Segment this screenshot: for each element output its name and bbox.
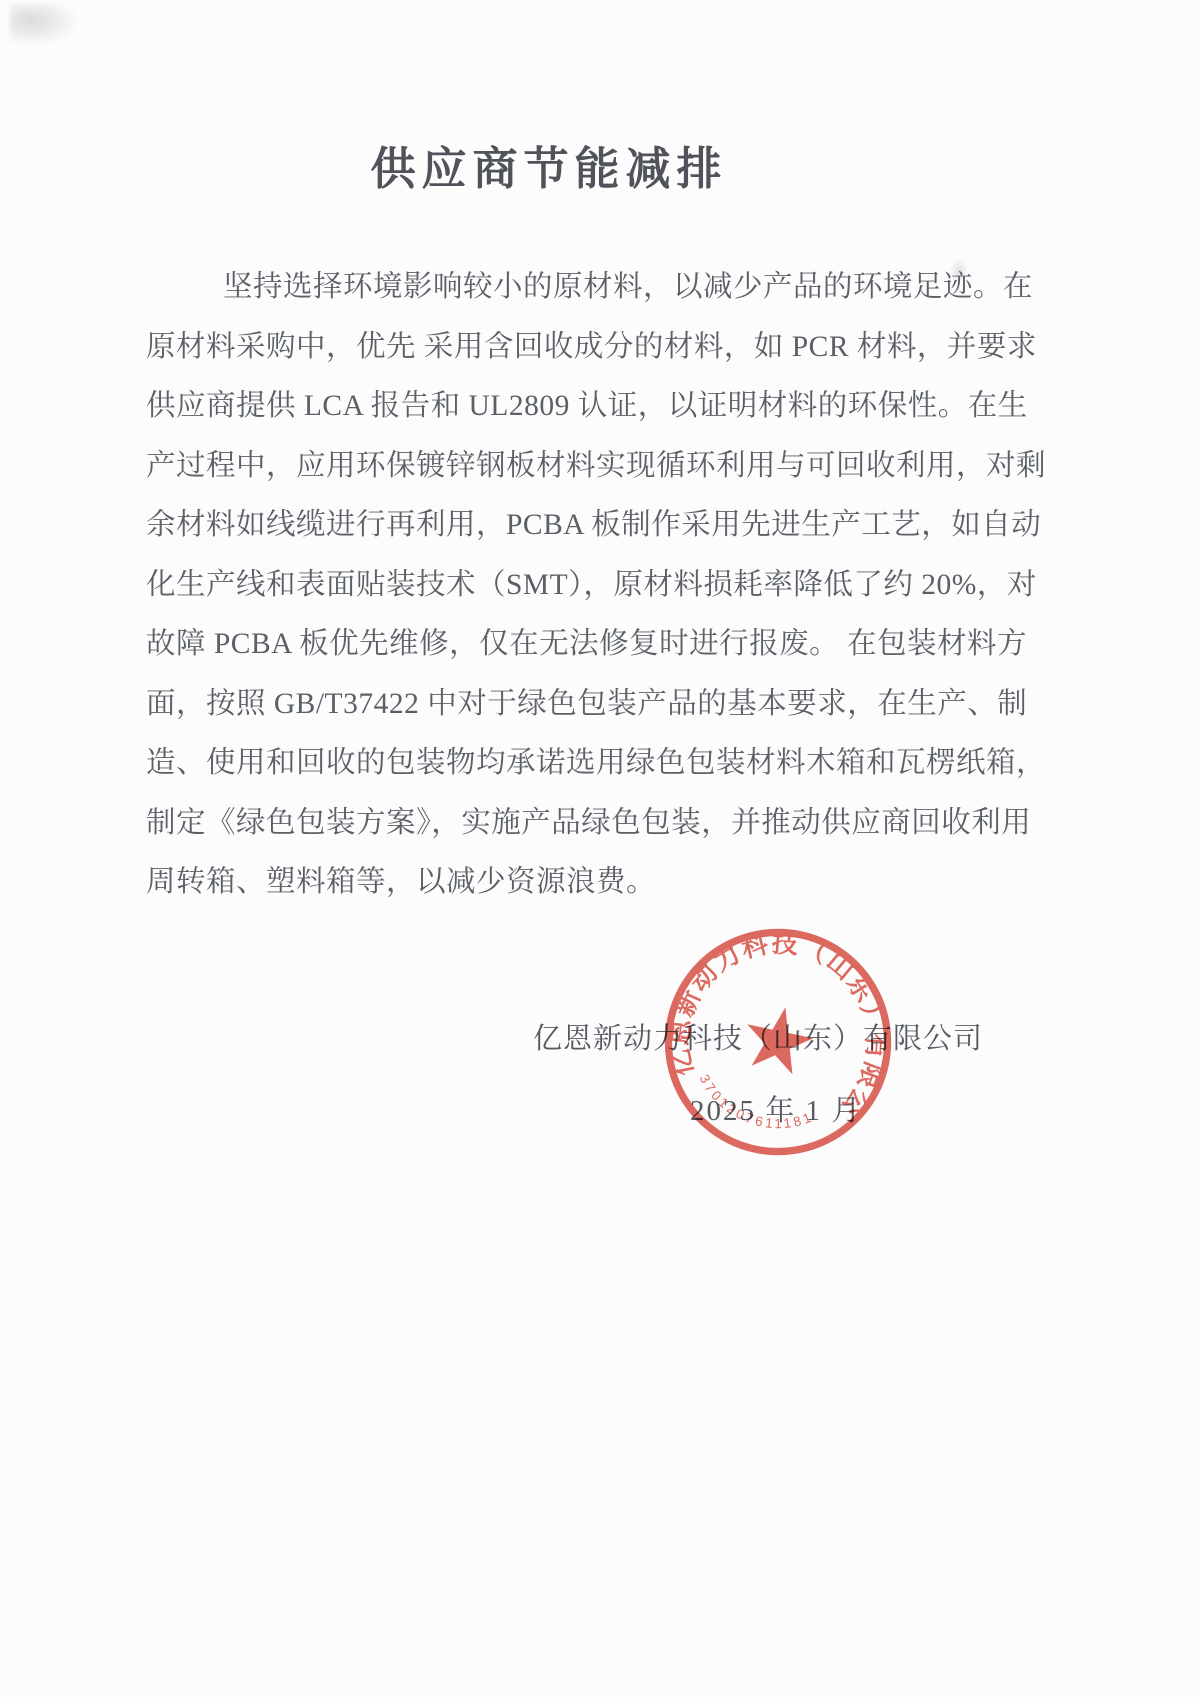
body-line: 故障 PCBA 板优先维修，仅在无法修复时进行报废。 在包装材料方 <box>146 615 952 675</box>
body-line: 造、使用和回收的包装物均承诺选用绿色包装材料木箱和瓦楞纸箱， <box>146 734 952 794</box>
body-line: 坚持选择环境影响较小的原材料，以减少产品的环境足迹。在 <box>146 258 952 318</box>
body-line: 余材料如线缆进行再利用，PCBA 板制作采用先进生产工艺，如自动 <box>146 496 952 556</box>
page-title: 供应商节能减排 <box>145 132 953 197</box>
body-line: 化生产线和表面贴装技术（SMT），原材料损耗率降低了约 20%，对 <box>146 556 952 616</box>
body-line: 供应商提供 LCA 报告和 UL2809 认证，以证明材料的环保性。在生 <box>146 377 952 437</box>
body-paragraph: 坚持选择环境影响较小的原材料，以减少产品的环境足迹。在 原材料采购中，优先 采用… <box>146 258 952 913</box>
company-seal-stamp: 亿恩新动力科技（山东）有限公司 3701207611181 <box>635 898 920 1187</box>
body-line: 原材料采购中，优先 采用含回收成分的材料，如 PCR 材料，并要求 <box>146 318 952 378</box>
scan-artifact <box>10 4 80 46</box>
seal-star-icon <box>739 1000 818 1077</box>
body-line: 面，按照 GB/T37422 中对于绿色包装产品的基本要求，在生产、制 <box>146 675 952 735</box>
body-line: 周转箱、塑料箱等，以减少资源浪费。 <box>146 853 952 913</box>
document-page: 供应商节能减排 坚持选择环境影响较小的原材料，以减少产品的环境足迹。在 原材料采… <box>0 0 1200 1697</box>
body-line: 制定《绿色包装方案》，实施产品绿色包装，并推动供应商回收利用 <box>146 794 952 854</box>
body-line: 产过程中，应用环保镀锌钢板材料实现循环利用与可回收利用，对剩 <box>146 437 952 497</box>
